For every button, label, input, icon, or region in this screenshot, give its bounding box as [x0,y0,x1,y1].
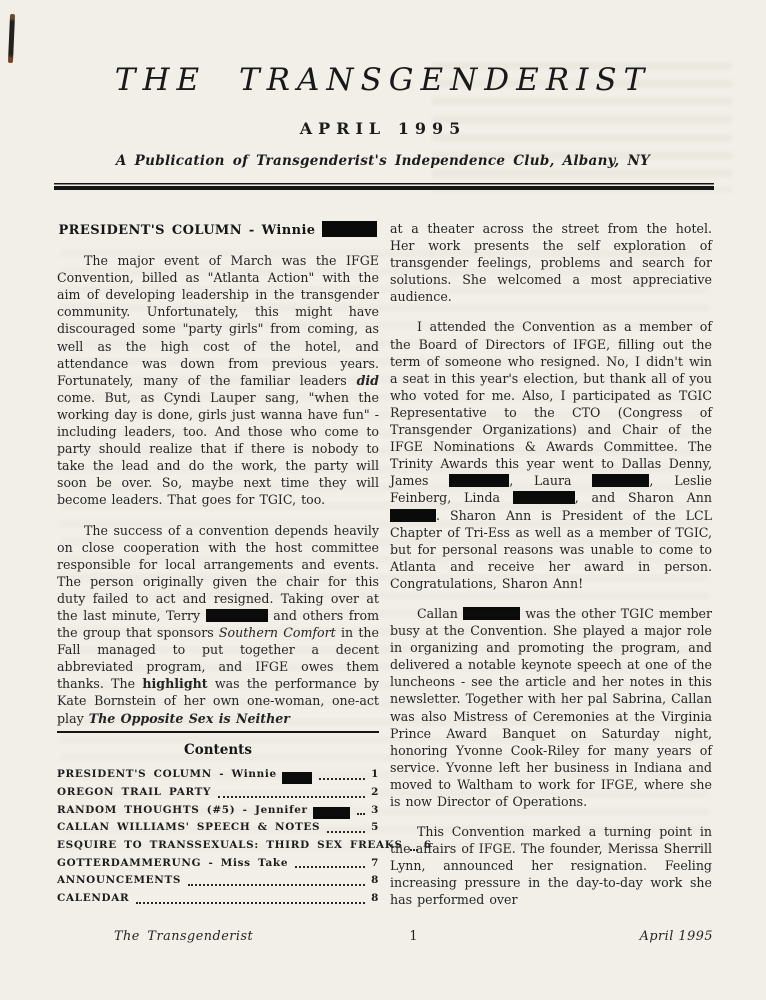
toc-item: OREGON TRAIL PARTY2 [57,784,379,802]
toc-item: CALLAN WILLIAMS' SPEECH & NOTES5 [57,819,379,837]
footer-issue-date: April 1995 [434,929,714,944]
text-run: at a theater across the street from the … [390,221,712,304]
toc-dot-leader [319,778,365,780]
toc-dot-leader [136,902,365,904]
toc-item-label: ANNOUNCEMENTS [57,872,181,890]
toc-item-label: GOTTERDAMMERUNG - Miss Take [57,855,288,873]
toc-page-number: 5 [371,819,379,837]
contents-list: PRESIDENT'S COLUMN - Winnie1OREGON TRAIL… [57,766,379,908]
publication-subtitle: A Publication of Transgenderist's Indepe… [0,153,766,169]
toc-item: ANNOUNCEMENTS8 [57,872,379,890]
text-run: did [357,373,379,388]
newsletter-title: THE TRANSGENDERIST [0,62,766,98]
footer-page-number: 1 [394,929,434,944]
toc-dot-leader [218,796,365,798]
toc-dot-leader [295,866,365,868]
redaction-bar [449,474,509,487]
redaction-bar [282,772,312,784]
paragraph: The major event of March was the IFGE Co… [57,252,379,508]
toc-page-number: 2 [371,784,379,802]
text-run: highlight [142,676,207,691]
toc-item: PRESIDENT'S COLUMN - Winnie1 [57,766,379,784]
section-divider-rule [57,731,379,734]
toc-dot-leader [188,884,365,886]
redaction-bar [592,474,649,487]
text-run: , Laura [509,473,592,488]
redaction-bar [513,491,575,504]
redaction-bar [322,221,377,237]
text-run: was the other TGIC member busy at the Co… [390,606,712,809]
toc-page-number: 7 [371,855,379,873]
toc-dot-leader [357,813,365,815]
paragraph: I attended the Convention as a member of… [390,318,712,592]
text-run: The major event of March was the IFGE Co… [57,253,379,388]
toc-item-label: ESQUIRE TO TRANSSEXUALS: THIRD SEX FREAK… [57,837,403,855]
toc-item-label: PRESIDENT'S COLUMN - Winnie [57,766,277,784]
text-run: This Convention marked a turning point i… [390,824,712,907]
paragraph: The success of a convention depends heav… [57,522,379,727]
toc-item-label: CALENDAR [57,890,129,908]
footer-newsletter-name: The Transgenderist [57,929,394,944]
scanned-newsletter-page: THE TRANSGENDERIST APRIL 1995 A Publicat… [0,0,766,1000]
article-heading-text: PRESIDENT'S COLUMN - Winnie [59,223,316,238]
text-run: Callan [417,606,463,621]
toc-item-label: RANDOM THOUGHTS (#5) - Jennifer [57,802,308,820]
redaction-bar [463,607,520,620]
paragraph: This Convention marked a turning point i… [390,823,712,908]
redaction-bar [313,807,350,819]
toc-item-label: CALLAN WILLIAMS' SPEECH & NOTES [57,819,320,837]
contents-heading: Contents [57,742,379,759]
toc-dot-leader [327,831,365,833]
redaction-bar [206,609,268,622]
left-column: PRESIDENT'S COLUMN - Winnie The major ev… [57,219,379,908]
toc-item: RANDOM THOUGHTS (#5) - Jennifer3 [57,802,379,820]
right-column: at a theater across the street from the … [390,219,712,909]
article-body-left: The major event of March was the IFGE Co… [57,252,379,727]
issue-date: APRIL 1995 [0,119,766,138]
text-run: . Sharon Ann is President of the LCL Cha… [390,508,712,591]
toc-page-number: 8 [371,872,379,890]
text-run: I attended the Convention as a member of… [390,319,712,488]
paragraph: Callan was the other TGIC member busy at… [390,605,712,810]
toc-item: ESQUIRE TO TRANSSEXUALS: THIRD SEX FREAK… [57,837,379,855]
masthead-rule [54,183,714,190]
text-run: The Opposite Sex is Neither [89,711,290,726]
text-run: Southern Comfort [219,625,336,640]
masthead: THE TRANSGENDERIST APRIL 1995 A Publicat… [0,0,766,169]
toc-item: GOTTERDAMMERUNG - Miss Take7 [57,855,379,873]
page-footer: The Transgenderist 1 April 1995 [57,929,713,944]
paragraph: at a theater across the street from the … [390,220,712,305]
toc-page-number: 8 [371,890,379,908]
toc-item: CALENDAR8 [57,890,379,908]
text-run: , and Sharon Ann [575,490,712,505]
text-run: come. But, as Cyndi Lauper sang, "when t… [57,390,379,508]
toc-page-number: 3 [371,802,379,820]
toc-page-number: 1 [371,766,379,784]
article-columns: PRESIDENT'S COLUMN - Winnie The major ev… [57,219,713,909]
toc-item-label: OREGON TRAIL PARTY [57,784,211,802]
redaction-bar [390,509,436,522]
article-heading: PRESIDENT'S COLUMN - Winnie [57,221,379,239]
